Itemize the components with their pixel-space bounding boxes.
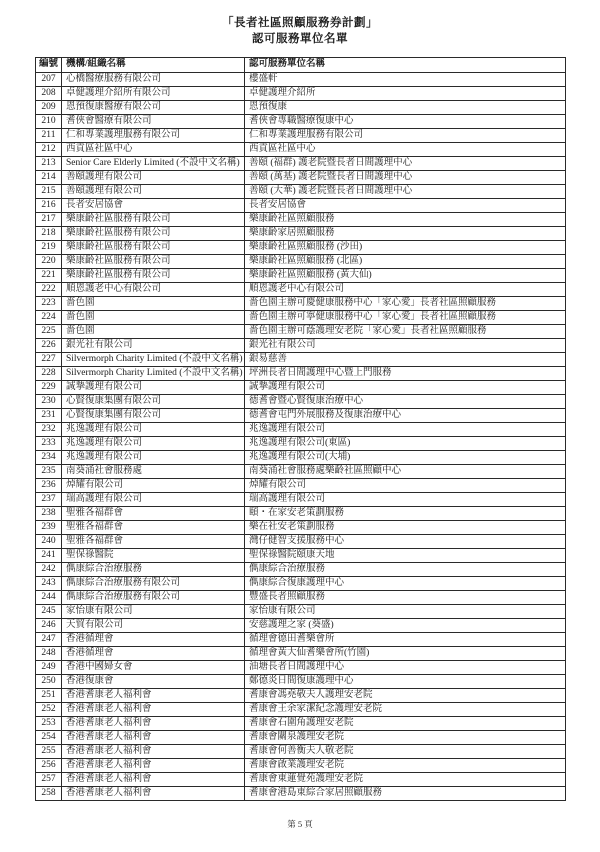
table-row: 222順恩護老中心有限公司順恩護老中心有限公司 [36, 283, 566, 297]
org-name-cell: 嗇色園 [62, 325, 245, 339]
table-row: 232兆逸護理有限公司兆逸護理有限公司 [36, 423, 566, 437]
table-row: 246天貿有限公司安慈護理之家 (葵盛) [36, 619, 566, 633]
unit-name-cell: 瑞高護理有限公司 [245, 493, 566, 507]
org-name-cell: 善頤護理有限公司 [62, 185, 245, 199]
row-number-cell: 243 [36, 577, 62, 591]
table-row: 254香港耆康老人福利會耆康會關泉護理安老院 [36, 731, 566, 745]
table-row: 230心賢復康集團有限公司德耆會暨心賢復康治療中心 [36, 395, 566, 409]
row-number-cell: 252 [36, 703, 62, 717]
table-row: 249香港中國婦女會油塘長者日間護理中心 [36, 661, 566, 675]
row-number-cell: 246 [36, 619, 62, 633]
table-row: 221樂康齡社區服務有限公司樂康齡社區照顧服務 (黃大仙) [36, 269, 566, 283]
page-title-line2: 認可服務單位名單 [0, 31, 600, 47]
unit-name-cell: 仁和專業護理服務有限公司 [245, 129, 566, 143]
row-number-cell: 241 [36, 549, 62, 563]
table-row: 223嗇色園嗇色園主辦可慶健康服務中心「家心愛」長者社區照顧服務 [36, 297, 566, 311]
table-row: 250香港復康會鄭德炎日間復康護理中心 [36, 675, 566, 689]
unit-name-cell: 耆康會王余家潔紀念護理安老院 [245, 703, 566, 717]
unit-name-cell: 兆逸護理有限公司 [245, 423, 566, 437]
unit-name-cell: 西貢區社區中心 [245, 143, 566, 157]
org-name-cell: 香港循理會 [62, 647, 245, 661]
table-row: 247香港循理會循理會德田耆樂會所 [36, 633, 566, 647]
table-row: 210耆俠會醫療有限公司耆俠會專職醫療復康中心 [36, 115, 566, 129]
row-number-cell: 233 [36, 437, 62, 451]
table-row: 258香港耆康老人福利會耆康會港島東綜合家居照顧服務 [36, 787, 566, 801]
table-row: 236焯耀有限公司焯耀有限公司 [36, 479, 566, 493]
row-number-cell: 239 [36, 521, 62, 535]
unit-name-cell: 誠摯護理有限公司 [245, 381, 566, 395]
table-row: 215善頤護理有限公司善頤 (大華) 護老院暨長者日間護理中心 [36, 185, 566, 199]
org-name-cell: 仁和專業護理服務有限公司 [62, 129, 245, 143]
org-name-cell: 香港耆康老人福利會 [62, 787, 245, 801]
org-name-cell: Silvermorph Charity Limited (不設中文名稱) [62, 367, 245, 381]
table-row: 218樂康齡社區服務有限公司樂康齡家居照顧服務 [36, 227, 566, 241]
org-name-cell: 香港耆康老人福利會 [62, 689, 245, 703]
unit-name-cell: 順恩護老中心有限公司 [245, 283, 566, 297]
table-row: 244儁康綜合治療服務有限公司豐盛長者照顧服務 [36, 591, 566, 605]
header-org-name: 機構/組織名稱 [62, 58, 245, 73]
unit-name-cell: 銀易慈善 [245, 353, 566, 367]
page-footer: 第 5 頁 [0, 818, 600, 830]
row-number-cell: 251 [36, 689, 62, 703]
table-row: 224嗇色園嗇色園主辦可寧健康服務中心「家心愛」長者社區照顧服務 [36, 311, 566, 325]
unit-name-cell: 耆康會石圍角護理安老院 [245, 717, 566, 731]
unit-name-cell: 卓健護理介紹所 [245, 87, 566, 101]
table-row: 214善頤護理有限公司善頤 (萬基) 護老院暨長者日間護理中心 [36, 171, 566, 185]
row-number-cell: 222 [36, 283, 62, 297]
unit-name-cell: 樓盛軒 [245, 73, 566, 87]
row-number-cell: 209 [36, 101, 62, 115]
table-row: 253香港耆康老人福利會耆康會石圍角護理安老院 [36, 717, 566, 731]
org-name-cell: 兆逸護理有限公司 [62, 423, 245, 437]
unit-name-cell: 樂在社安老策劃服務 [245, 521, 566, 535]
unit-name-cell: 耆康會關泉護理安老院 [245, 731, 566, 745]
org-name-cell: 心賢復康集團有限公司 [62, 409, 245, 423]
table-row: 208卓健護理介紹所有限公司卓健護理介紹所 [36, 87, 566, 101]
unit-name-cell: 安慈護理之家 (葵盛) [245, 619, 566, 633]
row-number-cell: 211 [36, 129, 62, 143]
row-number-cell: 258 [36, 787, 62, 801]
table-header-row: 編號 機構/組織名稱 認可服務單位名稱 [36, 58, 566, 73]
org-name-cell: 恩預復康醫療有限公司 [62, 101, 245, 115]
table-row: 241聖保祿醫院聖保祿醫院頤康天地 [36, 549, 566, 563]
unit-name-cell: 嗇色園主辦可蔭護理安老院「家心愛」長者社區照顧服務 [245, 325, 566, 339]
row-number-cell: 212 [36, 143, 62, 157]
org-name-cell: 香港耆康老人福利會 [62, 745, 245, 759]
org-name-cell: 嗇色園 [62, 311, 245, 325]
page-title: 「長者社區照顧服務券計劃」 認可服務單位名單 [0, 0, 600, 47]
row-number-cell: 207 [36, 73, 62, 87]
header-number: 編號 [36, 58, 62, 73]
org-name-cell: 南葵涌社會服務處 [62, 465, 245, 479]
org-name-cell: 香港耆康老人福利會 [62, 759, 245, 773]
org-name-cell: 香港耆康老人福利會 [62, 731, 245, 745]
table-row: 237瑞高護理有限公司瑞高護理有限公司 [36, 493, 566, 507]
unit-name-cell: 油塘長者日間護理中心 [245, 661, 566, 675]
org-name-cell: 香港耆康老人福利會 [62, 717, 245, 731]
org-name-cell: 香港耆康老人福利會 [62, 703, 245, 717]
row-number-cell: 208 [36, 87, 62, 101]
unit-name-cell: 樂康齡家居照顧服務 [245, 227, 566, 241]
unit-name-cell: 家怡康有限公司 [245, 605, 566, 619]
row-number-cell: 244 [36, 591, 62, 605]
row-number-cell: 257 [36, 773, 62, 787]
row-number-cell: 236 [36, 479, 62, 493]
unit-name-cell: 耆康會港島東綜合家居照顧服務 [245, 787, 566, 801]
unit-name-cell: 恩預復康 [245, 101, 566, 115]
unit-name-cell: 聖保祿醫院頤康天地 [245, 549, 566, 563]
org-name-cell: 心賢復康集團有限公司 [62, 395, 245, 409]
table-row: 242儁康綜合治療服務儁康綜合治療服務 [36, 563, 566, 577]
org-name-cell: 兆逸護理有限公司 [62, 451, 245, 465]
row-number-cell: 215 [36, 185, 62, 199]
org-name-cell: 善頤護理有限公司 [62, 171, 245, 185]
org-name-cell: 焯耀有限公司 [62, 479, 245, 493]
table-row: 207心橋醫療服務有限公司樓盛軒 [36, 73, 566, 87]
row-number-cell: 216 [36, 199, 62, 213]
row-number-cell: 242 [36, 563, 62, 577]
table-row: 235南葵涌社會服務處南葵涌社會服務處樂齡社區照顧中心 [36, 465, 566, 479]
table-row: 240聖雅各福群會灣仔健智支援服務中心 [36, 535, 566, 549]
row-number-cell: 220 [36, 255, 62, 269]
table-row: 257香港耆康老人福利會耆康會東蓮覺苑護理安老院 [36, 773, 566, 787]
table-row: 226銀光社有限公司銀光社有限公司 [36, 339, 566, 353]
org-name-cell: 儁康綜合治療服務有限公司 [62, 591, 245, 605]
row-number-cell: 245 [36, 605, 62, 619]
unit-name-cell: 儁康綜合復康護理中心 [245, 577, 566, 591]
row-number-cell: 238 [36, 507, 62, 521]
table-row: 217樂康齡社區服務有限公司樂康齡社區照顧服務 [36, 213, 566, 227]
org-name-cell: 聖雅各福群會 [62, 507, 245, 521]
row-number-cell: 253 [36, 717, 62, 731]
table-row: 213Senior Care Elderly Limited (不設中文名稱)善… [36, 157, 566, 171]
org-name-cell: 天貿有限公司 [62, 619, 245, 633]
row-number-cell: 247 [36, 633, 62, 647]
row-number-cell: 225 [36, 325, 62, 339]
row-number-cell: 234 [36, 451, 62, 465]
unit-name-cell: 豐盛長者照顧服務 [245, 591, 566, 605]
unit-name-cell: 德耆會屯門外展服務及復康治療中心 [245, 409, 566, 423]
table-row: 252香港耆康老人福利會耆康會王余家潔紀念護理安老院 [36, 703, 566, 717]
org-name-cell: 儁康綜合治療服務有限公司 [62, 577, 245, 591]
row-number-cell: 229 [36, 381, 62, 395]
org-name-cell: 嗇色園 [62, 297, 245, 311]
row-number-cell: 235 [36, 465, 62, 479]
unit-name-cell: 樂康齡社區照顧服務 (北區) [245, 255, 566, 269]
page-title-line1: 「長者社區照顧服務券計劃」 [0, 15, 600, 31]
table-body: 207心橋醫療服務有限公司樓盛軒208卓健護理介紹所有限公司卓健護理介紹所209… [36, 73, 566, 801]
org-name-cell: 樂康齡社區服務有限公司 [62, 269, 245, 283]
unit-name-cell: 善頤 (福群) 護老院暨長者日間護理中心 [245, 157, 566, 171]
org-name-cell: 誠摯護理有限公司 [62, 381, 245, 395]
row-number-cell: 232 [36, 423, 62, 437]
row-number-cell: 230 [36, 395, 62, 409]
unit-name-cell: 鄭德炎日間復康護理中心 [245, 675, 566, 689]
row-number-cell: 254 [36, 731, 62, 745]
org-name-cell: 樂康齡社區服務有限公司 [62, 227, 245, 241]
table-row: 239聖雅各福群會樂在社安老策劃服務 [36, 521, 566, 535]
table-row: 234兆逸護理有限公司兆逸護理有限公司(大埔) [36, 451, 566, 465]
org-name-cell: 儁康綜合治療服務 [62, 563, 245, 577]
table-row: 219樂康齡社區服務有限公司樂康齡社區照顧服務 (沙田) [36, 241, 566, 255]
unit-name-cell: 兆逸護理有限公司(大埔) [245, 451, 566, 465]
table-row: 248香港循理會循理會黃大仙耆樂會所(竹園) [36, 647, 566, 661]
row-number-cell: 227 [36, 353, 62, 367]
unit-name-cell: 耆康會馮堯敬夫人護理安老院 [245, 689, 566, 703]
row-number-cell: 226 [36, 339, 62, 353]
table-row: 228Silvermorph Charity Limited (不設中文名稱)坪… [36, 367, 566, 381]
unit-name-cell: 耆康會啟業護理安老院 [245, 759, 566, 773]
row-number-cell: 223 [36, 297, 62, 311]
row-number-cell: 221 [36, 269, 62, 283]
row-number-cell: 228 [36, 367, 62, 381]
table-row: 231心賢復康集團有限公司德耆會屯門外展服務及復康治療中心 [36, 409, 566, 423]
unit-name-cell: 樂康齡社區照顧服務 (沙田) [245, 241, 566, 255]
org-name-cell: 樂康齡社區服務有限公司 [62, 241, 245, 255]
row-number-cell: 210 [36, 115, 62, 129]
unit-name-cell: 循理會德田耆樂會所 [245, 633, 566, 647]
table-row: 255香港耆康老人福利會耆康會何善衡夫人敬老院 [36, 745, 566, 759]
unit-name-cell: 善頤 (大華) 護老院暨長者日間護理中心 [245, 185, 566, 199]
row-number-cell: 231 [36, 409, 62, 423]
table-row: 238聖雅各福群會頤・在家安老策劃服務 [36, 507, 566, 521]
org-name-cell: 心橋醫療服務有限公司 [62, 73, 245, 87]
org-name-cell: 聖雅各福群會 [62, 535, 245, 549]
unit-name-cell: 樂康齡社區照顧服務 (黃大仙) [245, 269, 566, 283]
org-name-cell: 樂康齡社區服務有限公司 [62, 213, 245, 227]
row-number-cell: 219 [36, 241, 62, 255]
org-name-cell: Silvermorph Charity Limited (不設中文名稱) [62, 353, 245, 367]
table-row: 216長者安居協會長者安居協會 [36, 199, 566, 213]
unit-name-cell: 德耆會暨心賢復康治療中心 [245, 395, 566, 409]
org-name-cell: Senior Care Elderly Limited (不設中文名稱) [62, 157, 245, 171]
row-number-cell: 237 [36, 493, 62, 507]
approved-units-table: 編號 機構/組織名稱 認可服務單位名稱 207心橋醫療服務有限公司樓盛軒208卓… [35, 57, 566, 801]
unit-name-cell: 南葵涌社會服務處樂齡社區照顧中心 [245, 465, 566, 479]
unit-name-cell: 循理會黃大仙耆樂會所(竹園) [245, 647, 566, 661]
row-number-cell: 240 [36, 535, 62, 549]
unit-name-cell: 嗇色園主辦可慶健康服務中心「家心愛」長者社區照顧服務 [245, 297, 566, 311]
org-name-cell: 聖保祿醫院 [62, 549, 245, 563]
row-number-cell: 217 [36, 213, 62, 227]
table-row: 229誠摯護理有限公司誠摯護理有限公司 [36, 381, 566, 395]
row-number-cell: 248 [36, 647, 62, 661]
table-row: 243儁康綜合治療服務有限公司儁康綜合復康護理中心 [36, 577, 566, 591]
row-number-cell: 250 [36, 675, 62, 689]
table-row: 225嗇色園嗇色園主辦可蔭護理安老院「家心愛」長者社區照顧服務 [36, 325, 566, 339]
table-row: 209恩預復康醫療有限公司恩預復康 [36, 101, 566, 115]
unit-name-cell: 銀光社有限公司 [245, 339, 566, 353]
org-name-cell: 耆俠會醫療有限公司 [62, 115, 245, 129]
org-name-cell: 銀光社有限公司 [62, 339, 245, 353]
unit-name-cell: 樂康齡社區照顧服務 [245, 213, 566, 227]
org-name-cell: 香港循理會 [62, 633, 245, 647]
table-row: 212西貢區社區中心西貢區社區中心 [36, 143, 566, 157]
row-number-cell: 255 [36, 745, 62, 759]
table-row: 251香港耆康老人福利會耆康會馮堯敬夫人護理安老院 [36, 689, 566, 703]
unit-name-cell: 坪洲長者日間護理中心暨上門服務 [245, 367, 566, 381]
row-number-cell: 256 [36, 759, 62, 773]
row-number-cell: 214 [36, 171, 62, 185]
unit-name-cell: 嗇色園主辦可寧健康服務中心「家心愛」長者社區照顧服務 [245, 311, 566, 325]
table-row: 211仁和專業護理服務有限公司仁和專業護理服務有限公司 [36, 129, 566, 143]
org-name-cell: 長者安居協會 [62, 199, 245, 213]
unit-name-cell: 兆逸護理有限公司(東區) [245, 437, 566, 451]
org-name-cell: 家怡康有限公司 [62, 605, 245, 619]
org-name-cell: 順恩護老中心有限公司 [62, 283, 245, 297]
org-name-cell: 卓健護理介紹所有限公司 [62, 87, 245, 101]
table-row: 233兆逸護理有限公司兆逸護理有限公司(東區) [36, 437, 566, 451]
row-number-cell: 213 [36, 157, 62, 171]
org-name-cell: 香港復康會 [62, 675, 245, 689]
unit-name-cell: 善頤 (萬基) 護老院暨長者日間護理中心 [245, 171, 566, 185]
org-name-cell: 瑞高護理有限公司 [62, 493, 245, 507]
table-row: 256香港耆康老人福利會耆康會啟業護理安老院 [36, 759, 566, 773]
table-row: 245家怡康有限公司家怡康有限公司 [36, 605, 566, 619]
unit-name-cell: 耆俠會專職醫療復康中心 [245, 115, 566, 129]
org-name-cell: 兆逸護理有限公司 [62, 437, 245, 451]
row-number-cell: 249 [36, 661, 62, 675]
table-row: 220樂康齡社區服務有限公司樂康齡社區照顧服務 (北區) [36, 255, 566, 269]
header-unit-name: 認可服務單位名稱 [245, 58, 566, 73]
unit-name-cell: 長者安居協會 [245, 199, 566, 213]
unit-name-cell: 儁康綜合治療服務 [245, 563, 566, 577]
org-name-cell: 香港耆康老人福利會 [62, 773, 245, 787]
org-name-cell: 聖雅各福群會 [62, 521, 245, 535]
unit-name-cell: 耆康會何善衡夫人敬老院 [245, 745, 566, 759]
unit-name-cell: 焯耀有限公司 [245, 479, 566, 493]
row-number-cell: 224 [36, 311, 62, 325]
unit-name-cell: 灣仔健智支援服務中心 [245, 535, 566, 549]
unit-name-cell: 頤・在家安老策劃服務 [245, 507, 566, 521]
org-name-cell: 樂康齡社區服務有限公司 [62, 255, 245, 269]
table-row: 227Silvermorph Charity Limited (不設中文名稱)銀… [36, 353, 566, 367]
unit-name-cell: 耆康會東蓮覺苑護理安老院 [245, 773, 566, 787]
org-name-cell: 香港中國婦女會 [62, 661, 245, 675]
row-number-cell: 218 [36, 227, 62, 241]
org-name-cell: 西貢區社區中心 [62, 143, 245, 157]
